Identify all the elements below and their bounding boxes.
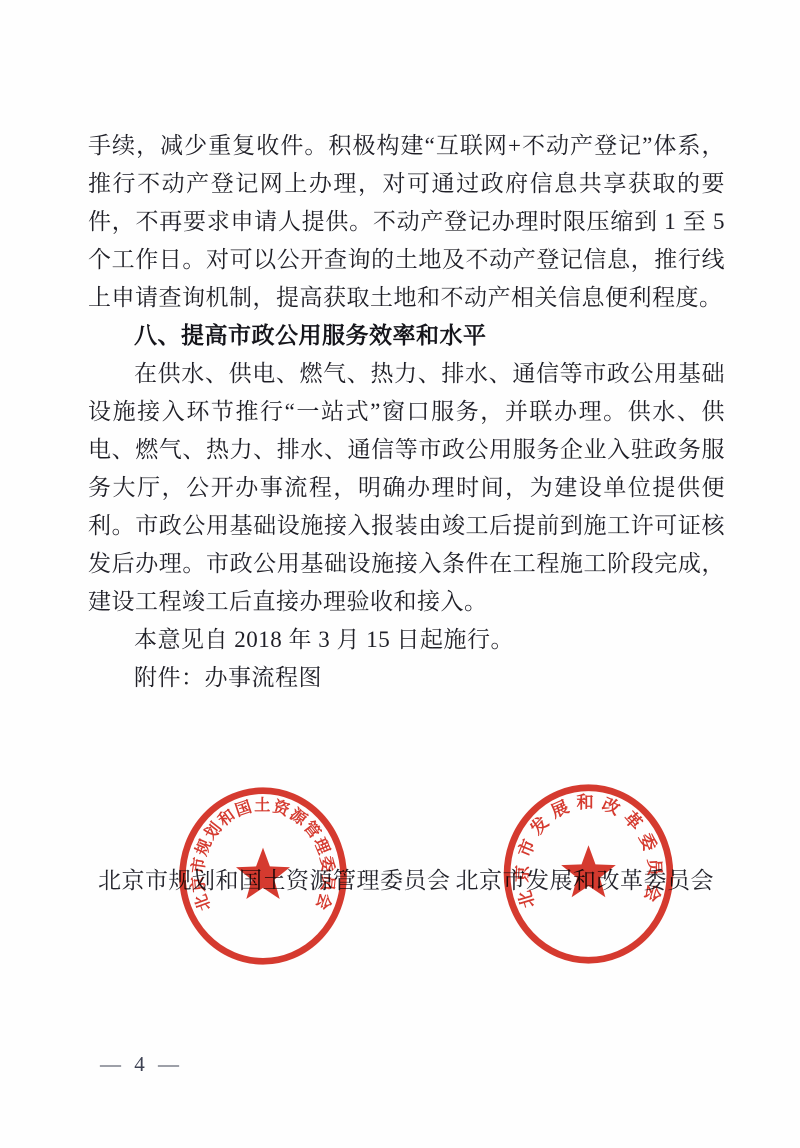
- paragraph-section: 在供水、供电、燃气、热力、排水、通信等市政公用基础设施接入环节推行“一站式”窗口…: [88, 355, 725, 621]
- document-page: 手续，减少重复收件。积极构建“互联网+不动产登记”体系，推行不动产登记网上办理，…: [0, 0, 800, 1148]
- seal-star-icon: [236, 848, 290, 899]
- section-heading: 八、提高市政公用服务效率和水平: [88, 317, 725, 355]
- attachment-line: 附件：办事流程图: [88, 659, 725, 697]
- paragraph-effective-date: 本意见自 2018 年 3 月 15 日起施行。: [88, 621, 725, 659]
- official-seal-left: 北京市规划和国土资源管理委员会: [177, 786, 349, 966]
- page-number: — 4 —: [100, 1052, 183, 1077]
- paragraph-continuation: 手续，减少重复收件。积极构建“互联网+不动产登记”体系，推行不动产登记网上办理，…: [88, 127, 725, 317]
- seal-star-icon: [561, 845, 616, 897]
- official-seal-right: 北京市发展和改革委员会: [499, 783, 678, 965]
- document-body: 手续，减少重复收件。积极构建“互联网+不动产登记”体系，推行不动产登记网上办理，…: [88, 127, 725, 697]
